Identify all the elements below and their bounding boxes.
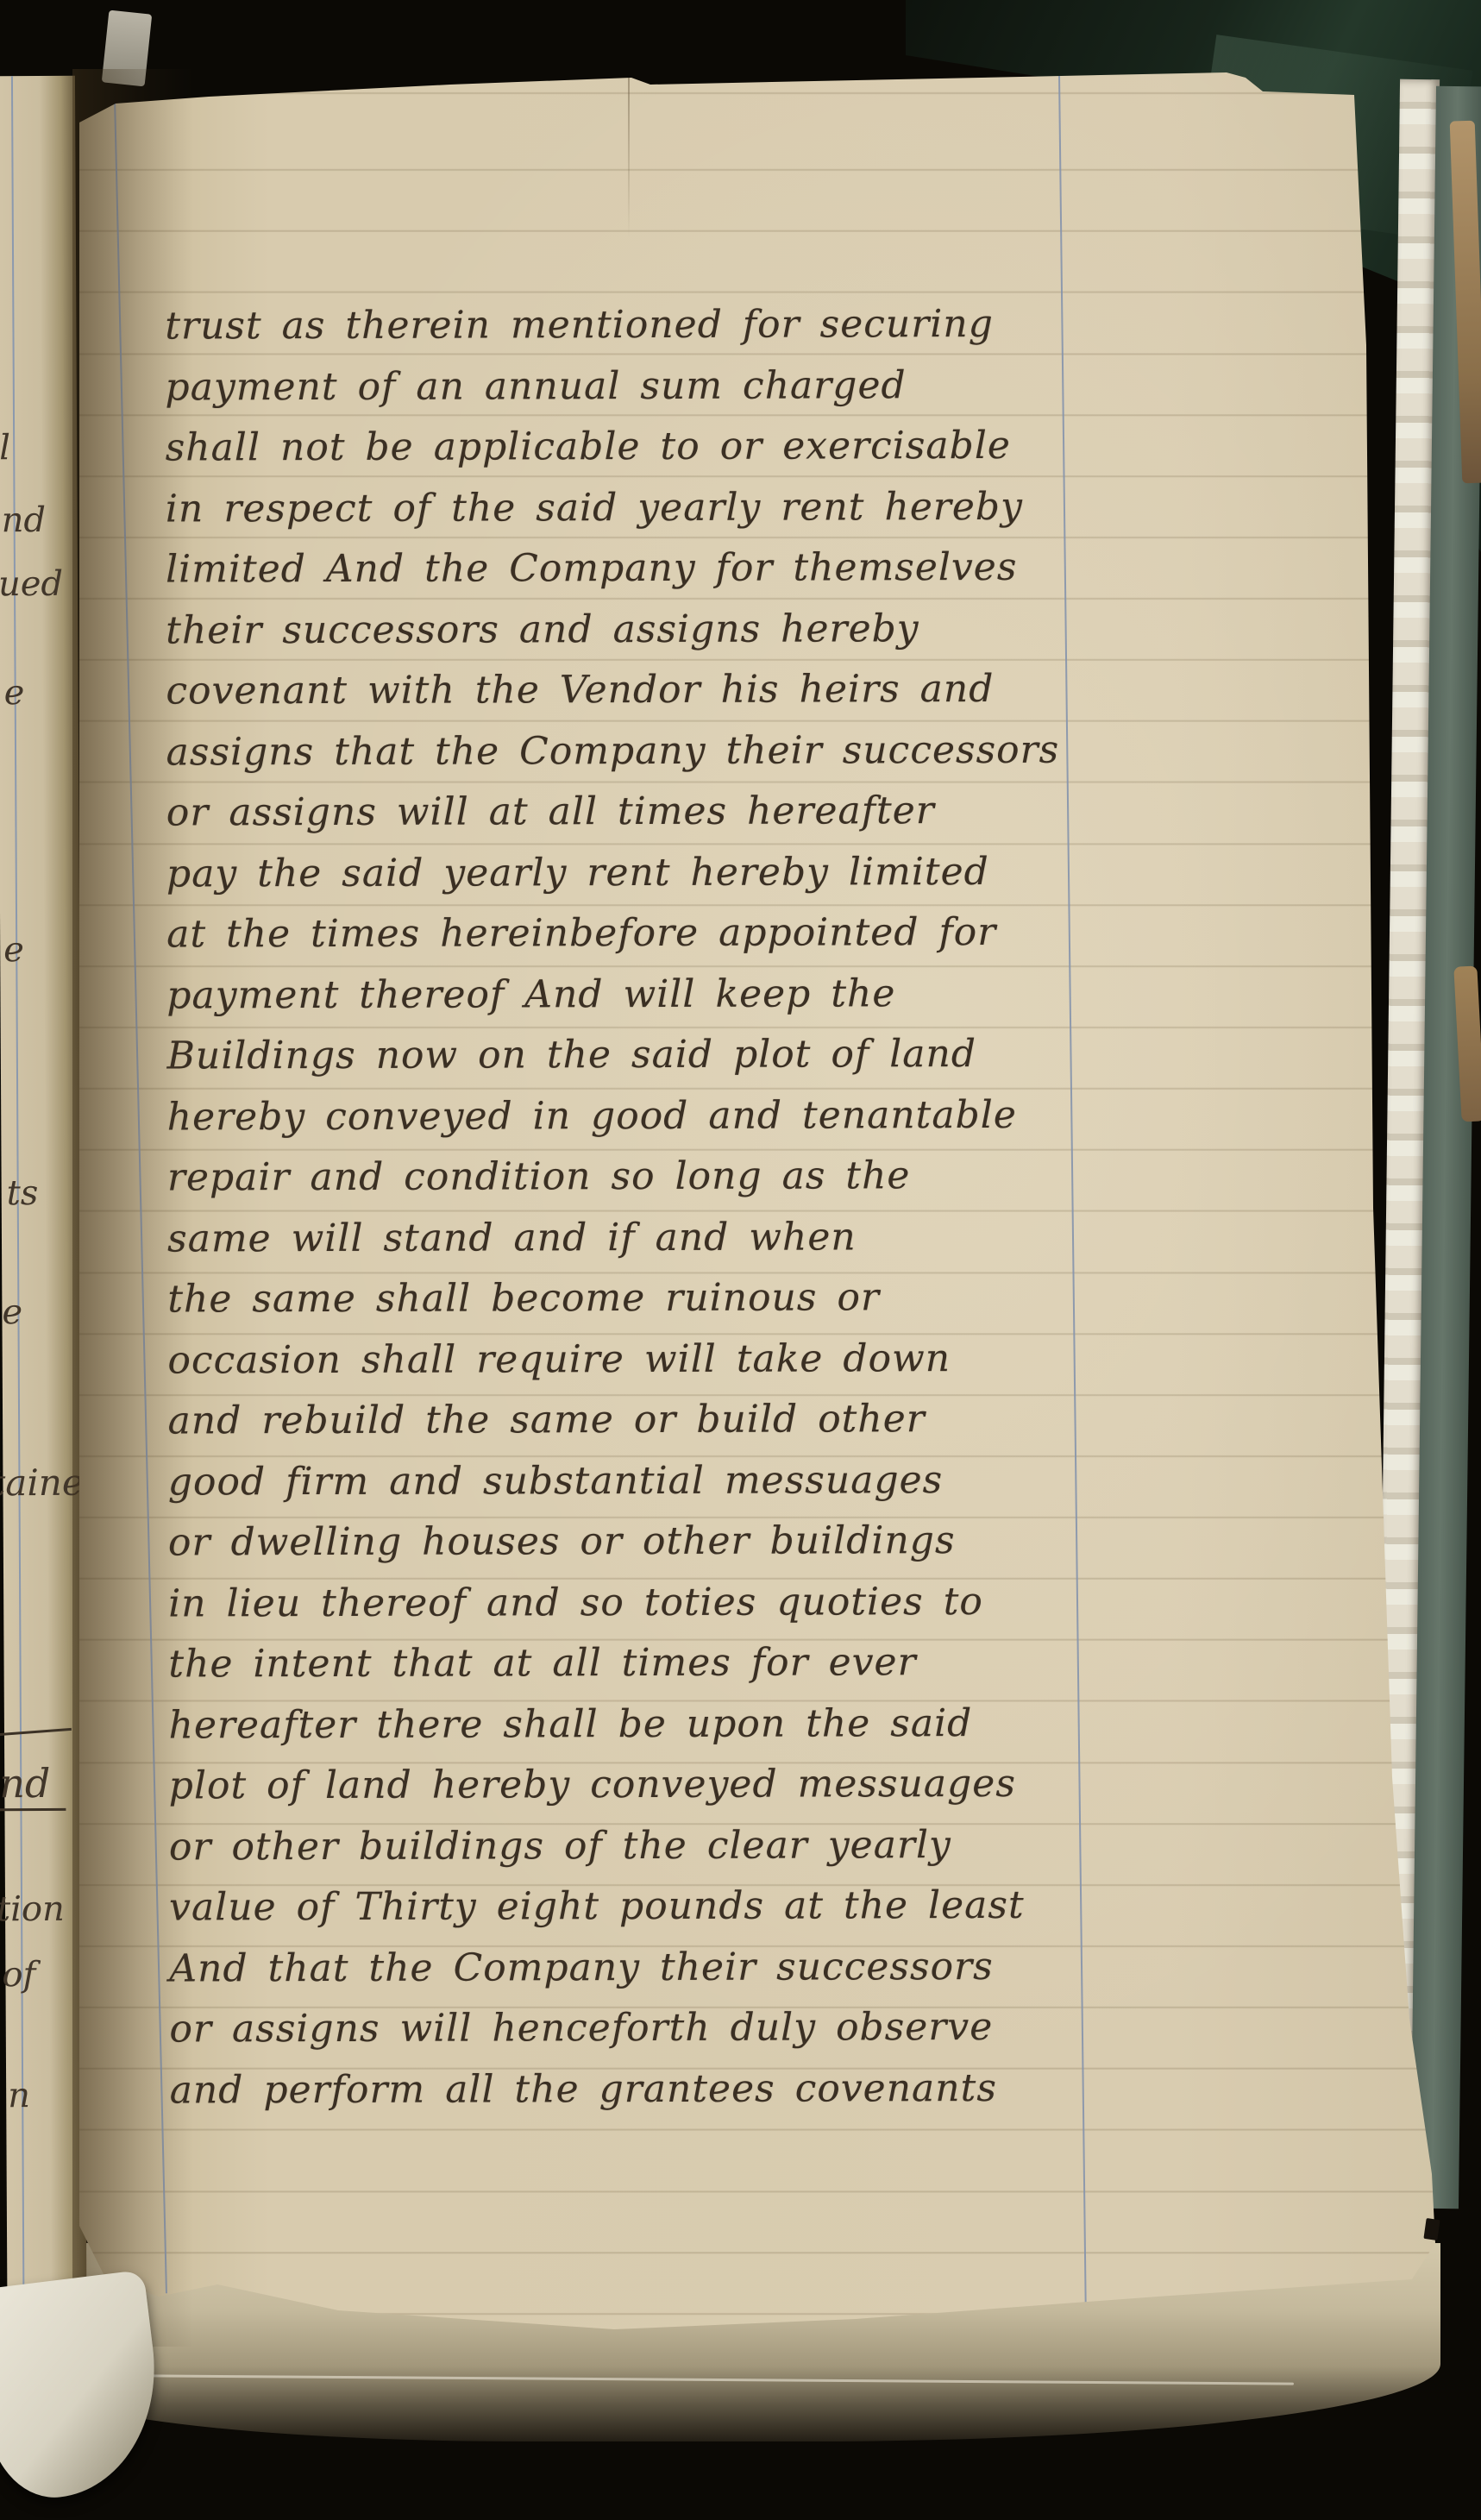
left-page-text-fragment: e [4,673,25,713]
manuscript-line: And that the Company their successors [169,1936,1126,1999]
left-page-heading-fragment: nd [0,1760,66,1811]
left-page-text-fragment: ued [0,564,63,604]
manuscript-line: or assigns will at all times hereafter [166,781,1124,844]
scanned-ledger-photo: l nd ued e e ts e tained nd tion of n tr… [0,0,1481,2520]
left-page-text-fragment: e [3,930,24,970]
left-page-text-fragment: ts [7,1173,39,1213]
manuscript-line: repair and condition so long as the [167,1146,1125,1209]
curled-page-corner [0,2270,169,2505]
manuscript-line: plot of land hereby conveyed messuages [169,1754,1126,1817]
manuscript-line: hereby conveyed in good and tenantable [167,1084,1125,1147]
manuscript-line: value of Thirty eight pounds at the leas… [169,1876,1126,1939]
left-page-text-fragment: tion [0,1889,65,1929]
manuscript-line: the intent that at all times for ever [168,1632,1126,1695]
left-page-margin-rule [11,76,25,2405]
manuscript-line: pay the said yearly rent hereby limited [166,841,1124,904]
left-page-text-fragment: of [2,1955,35,1995]
manuscript-line: trust as therein mentioned for securing [165,294,1122,357]
manuscript-line: limited And the Company for themselves [166,537,1123,600]
manuscript-page: trust as therein mentioned for securing … [79,69,1442,2351]
handwritten-text-block: trust as therein mentioned for securing … [165,294,1127,2121]
manuscript-line: or assigns will henceforth duly observe [169,1997,1126,2060]
manuscript-line: or dwelling houses or other buildings [168,1511,1126,1574]
left-page-text-fragment: l [0,428,10,468]
manuscript-line: shall not be applicable to or exercisabl… [166,416,1123,479]
manuscript-line: the same shall become ruinous or [167,1267,1125,1330]
edge-ink-mark [1423,2218,1440,2240]
left-page-text-fragment: e [2,1292,22,1332]
manuscript-line: in respect of the said yearly rent hereb… [166,476,1123,539]
manuscript-line: at the times hereinbefore appointed for [166,902,1124,965]
manuscript-line: and perform all the grantees covenants [170,2058,1127,2121]
manuscript-line: occasion shall require will take down [167,1328,1125,1391]
manuscript-line: Buildings now on the said plot of land [166,1024,1124,1087]
manuscript-line: hereafter there shall be upon the said [168,1693,1126,1756]
protruding-page-tab [102,10,153,87]
manuscript-line: or other buildings of the clear yearly [169,1814,1126,1877]
left-page-sliver: l nd ued e e ts e tained nd tion of n [0,76,87,2405]
manuscript-line: in lieu thereof and so toties quoties to [168,1571,1126,1634]
manuscript-line: assigns that the Company their successor… [166,720,1124,782]
left-page-rule-fragment [0,1728,72,1736]
manuscript-line: good firm and substantial messuages [168,1449,1126,1512]
left-page-text-fragment: nd [2,500,47,540]
manuscript-line: covenant with the Vendor his heirs and [166,659,1123,722]
manuscript-line: payment thereof And will keep the [166,963,1124,1026]
manuscript-line: payment of an annual sum charged [165,355,1122,418]
manuscript-line: their successors and assigns hereby [166,598,1123,661]
manuscript-line: and rebuild the same or build other [168,1389,1126,1452]
left-page-text-fragment: n [8,2076,30,2115]
manuscript-line: same will stand and if and when [167,1206,1125,1269]
page-crease [628,74,630,238]
